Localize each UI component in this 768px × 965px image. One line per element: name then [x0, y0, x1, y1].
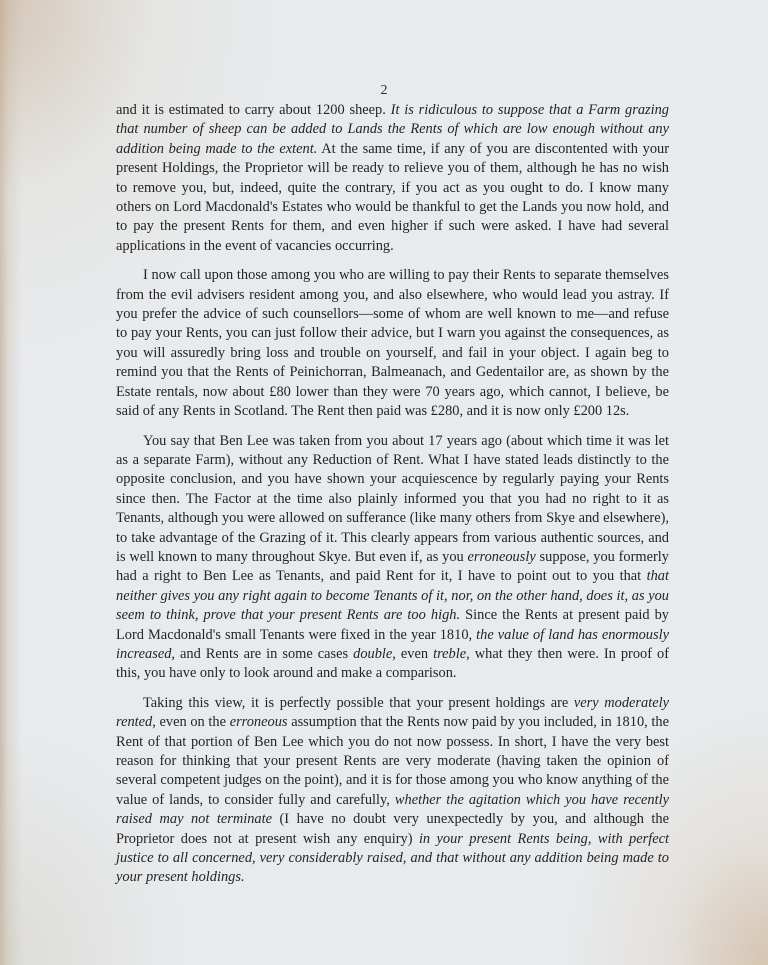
text-segment: , and Rents are in some cases	[171, 646, 353, 662]
paragraph: You say that Ben Lee was taken from you …	[116, 432, 669, 684]
text-segment: and it is estimated to carry about 1200 …	[116, 102, 391, 118]
document-body: and it is estimated to carry about 1200 …	[116, 101, 669, 898]
italic-text-segment: erroneously	[468, 549, 536, 565]
text-segment: , even on the	[152, 714, 229, 730]
paragraph: and it is estimated to carry about 1200 …	[116, 101, 669, 256]
text-segment: You say that Ben Lee was taken from you …	[116, 433, 669, 565]
text-segment: Taking this view, it is perfectly possib…	[143, 695, 574, 711]
scanned-document-page: 2 and it is estimated to carry about 120…	[0, 0, 768, 965]
paragraph: I now call upon those among you who are …	[116, 266, 669, 421]
text-segment: At the same time, if any of you are disc…	[116, 141, 669, 254]
page-number: 2	[0, 83, 768, 99]
italic-text-segment: double	[353, 646, 392, 662]
italic-text-segment: treble	[433, 646, 466, 662]
paragraph: Taking this view, it is perfectly possib…	[116, 694, 669, 888]
italic-text-segment: erroneous	[230, 714, 288, 730]
text-segment: I now call upon those among you who are …	[116, 267, 669, 419]
text-segment: , even	[392, 646, 433, 662]
